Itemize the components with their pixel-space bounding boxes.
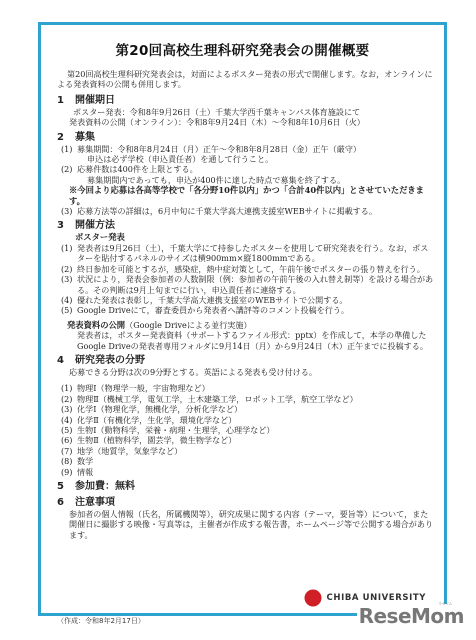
resemom-watermark: ReseMom リセマム (357, 604, 466, 628)
materials-text: 発表者は，ポスター発表資料（サポートするファイル形式：pptx）を作成して，本学… (57, 330, 434, 351)
list-item: (5) Google Driveにて，審査委員から発表者へ講評等のコメント投稿を… (57, 305, 434, 315)
online-date: 発表資料の公開（オンライン）：令和8年9月24日（木）～令和8年10月6日（火） (57, 117, 434, 127)
application-limit-note: ※今回より応募は各高等学校で「各分野10件以内」かつ「合計40件以内」とさせてい… (57, 185, 434, 206)
field-item: (5)生物Ⅰ（動物科学，栄養・病理・生理学，心理学など） (57, 425, 434, 435)
list-item: (2) 終日参加を可能とするが，感染症，熱中症対策として，午前午後でポスターの張… (57, 264, 434, 274)
created-date: （作成：令和8年2月17日） (57, 616, 145, 626)
field-item: (8)数学 (57, 456, 434, 466)
section-heading-6: 6 注意事項 (57, 496, 434, 509)
section-heading-3: 3 開催方法 (57, 219, 434, 232)
materials-heading-note: （Google Driveによる並行実施） (125, 320, 252, 330)
intro-text: 第20回高校生理科研究発表会は，対面によるポスター発表の形式で開催します。なお，… (57, 69, 434, 90)
list-item: (3) 状況により，発表会参加者の人数制限（例：参加者の午前午後の入れ替え制等）… (57, 274, 434, 295)
materials-heading-row: 発表資料の公開（Google Driveによる並行実施） (57, 320, 434, 330)
university-seal-icon (306, 591, 320, 605)
section-heading-1: 1 開催期日 (57, 94, 434, 107)
field-item: (1)物理Ⅰ（物理学一般，宇宙物理など） (57, 383, 434, 393)
field-list: (1)物理Ⅰ（物理学一般，宇宙物理など） (2)物理Ⅱ（機械工学，電気工学，土木… (57, 383, 434, 477)
field-item: (3)化学Ⅰ（物理化学，無機化学，分析化学など） (57, 404, 434, 414)
field-item: (6)生物Ⅱ（植物科学，園芸学，微生物学など） (57, 435, 434, 445)
list-item: (4) 優れた発表は表彰し，千葉大学高大連携支援室のWEBサイトで公開する。 (57, 295, 434, 305)
section-heading-4: 4 研究発表の分野 (57, 354, 434, 367)
document-body: 第20回高校生理科研究発表会は，対面によるポスター発表の形式で開催します。なお，… (57, 69, 434, 540)
list-item-sub: 募集期間内であっても，申込が400件に達した時点で募集を終了する。 (57, 175, 434, 185)
university-name: CHIBA UNIVERSITY (327, 593, 426, 603)
section-heading-2: 2 募集 (57, 131, 434, 144)
list-item: (1) 発表者は9月26日（土），千葉大学にて持参したポスターを使用して研究発表… (57, 243, 434, 264)
fields-lead: 応募できる分野は次の9分野とする。英語による発表も受け付ける。 (57, 367, 434, 377)
field-item: (2)物理Ⅱ（機械工学，電気工学，土木建築工学，ロボット工学，航空工学など） (57, 394, 434, 404)
list-item: (2) 応募件数は400件を上限とする。 (57, 164, 434, 174)
list-item: (3) 応募方法等の詳細は，6月中旬に千葉大学高大連携支援室WEBサイトに掲載す… (57, 206, 434, 216)
field-item: (4)化学Ⅱ（有機化学，生化学，環境化学など） (57, 415, 434, 425)
section-heading-5: 5 参加費：無料 (57, 480, 434, 493)
field-item: (7)地学（地質学，気象学など） (57, 446, 434, 456)
poster-date: ポスター発表：令和8年9月26日（土）千葉大学西千葉キャンパス体育施設にて (57, 107, 434, 117)
field-item: (9)情報 (57, 467, 434, 477)
document-title: 第20回高校生理科研究発表会の開催概要 (41, 39, 444, 59)
materials-heading: 発表資料の公開 (67, 320, 125, 330)
chiba-university-logo: CHIBA UNIVERSITY (306, 591, 426, 605)
list-item-sub: 申込は必ず学校（申込責任者）を通して行うこと。 (57, 154, 434, 164)
document-frame: 第20回高校生理科研究発表会の開催概要 第20回高校生理科研究発表会は，対面によ… (38, 22, 447, 616)
list-item: (1) 募集期間：令和8年8月24日（月）正午～令和8年8月28日（金）正午（厳… (57, 144, 434, 154)
notice-text: 参加者の個人情報（氏名，所属機関等），研究成果に関する内容（テーマ，要旨等）につ… (57, 509, 434, 540)
subheading-poster: ポスター発表 (57, 232, 434, 242)
